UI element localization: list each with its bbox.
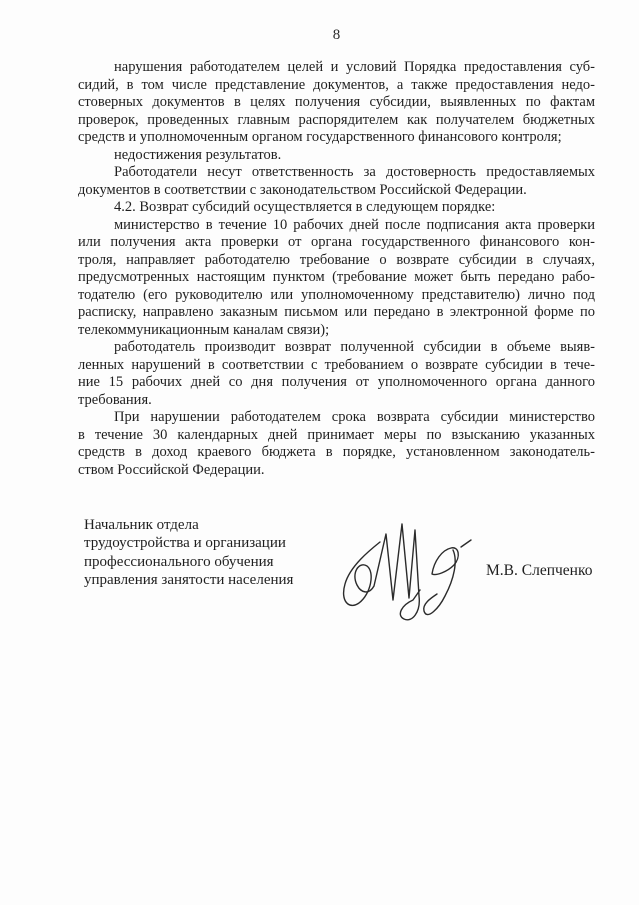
paragraph: министерство в течение 10 рабочих дней п… xyxy=(78,217,595,340)
text-line: тодателю (его руководителю или уполномоч… xyxy=(78,287,595,305)
text-line: сидий, в том числе представление докумен… xyxy=(78,77,595,95)
paragraph: работодатель производит возврат полученн… xyxy=(78,339,595,409)
paragraph: недостижения результатов. xyxy=(78,147,595,165)
text-line: министерство в течение 10 рабочих дней п… xyxy=(78,217,595,235)
text-line: или получения акта проверки от органа го… xyxy=(78,234,595,252)
text-line: Работодатели несут ответственность за до… xyxy=(78,164,595,182)
paragraph: Работодатели несут ответственность за до… xyxy=(78,164,595,199)
text-line: средств в доход краевого бюджета в поряд… xyxy=(78,444,595,462)
paragraph: 4.2. Возврат субсидий осуществляется в с… xyxy=(78,199,595,217)
text-line: стоверных документов в целях получения с… xyxy=(78,94,595,112)
text-line: предусмотренных настоящим пунктом (требо… xyxy=(78,269,595,287)
text-line: телекоммуникационным каналам связи); xyxy=(78,322,595,340)
document-page: 8 нарушения работодателем целей и услови… xyxy=(0,0,639,905)
text-line: в течение 30 календарных дней принимает … xyxy=(78,427,595,445)
text-line: При нарушении работодателем срока возвра… xyxy=(78,409,595,427)
text-line: ние 15 рабочих дней со дня получения от … xyxy=(78,374,595,392)
signatory-title-line: трудоустройства и организации xyxy=(84,534,293,552)
text-line: троля, направляет работодателю требовани… xyxy=(78,252,595,270)
handwritten-signature-icon xyxy=(336,516,480,628)
text-line: 4.2. Возврат субсидий осуществляется в с… xyxy=(78,199,595,217)
document-body: нарушения работодателем целей и условий … xyxy=(78,59,595,479)
text-line: расписку, направлено заказным письмом ил… xyxy=(78,304,595,322)
paragraph: При нарушении работодателем срока возвра… xyxy=(78,409,595,479)
text-line: недостижения результатов. xyxy=(78,147,595,165)
signatory-title-line: Начальник отдела xyxy=(84,516,293,534)
text-line: документов в соответствии с законодатель… xyxy=(78,182,595,200)
text-line: ленных нарушений в соответствии с требов… xyxy=(78,357,595,375)
signatory-title-line: управления занятости населения xyxy=(84,571,293,589)
text-line: требования. xyxy=(78,392,595,410)
text-line: ством Российской Федерации. xyxy=(78,462,595,480)
text-line: проверок, проведенных главным распорядит… xyxy=(78,112,595,130)
text-line: средств и уполномоченным органом государ… xyxy=(78,129,595,147)
paragraph: нарушения работодателем целей и условий … xyxy=(78,59,595,147)
signatory-name: М.В. Слепченко xyxy=(486,562,592,580)
signatory-title-line: профессионального обучения xyxy=(84,553,293,571)
text-line: нарушения работодателем целей и условий … xyxy=(78,59,595,77)
text-line: работодатель производит возврат полученн… xyxy=(78,339,595,357)
signatory-title: Начальник отделатрудоустройства и органи… xyxy=(84,516,293,589)
page-number: 8 xyxy=(78,27,595,44)
